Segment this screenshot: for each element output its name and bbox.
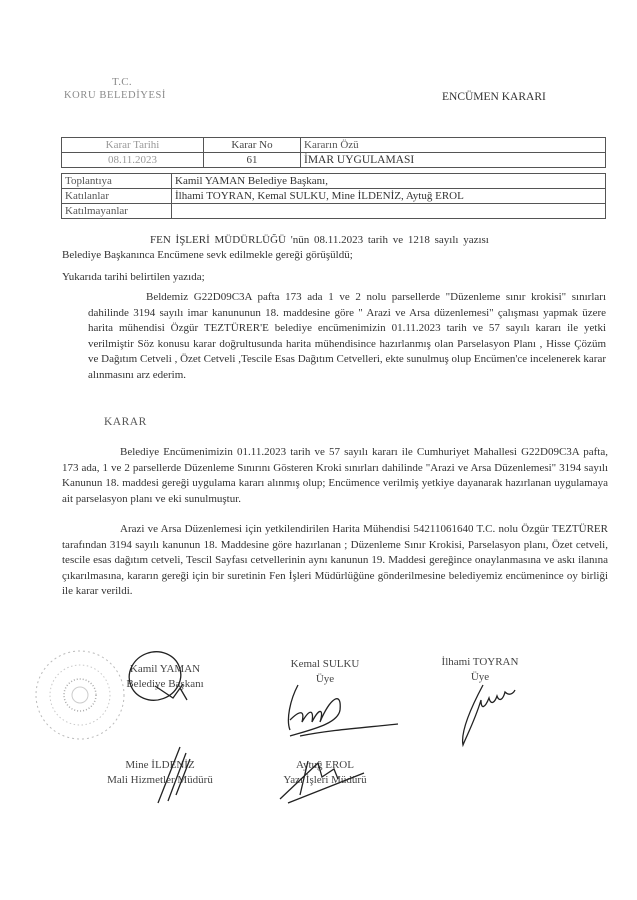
attendance-row: Katılanlar İlhami TOYRAN, Kemal SULKU, M… <box>62 189 606 204</box>
attendance-row: Katılmayanlar <box>62 204 606 219</box>
attendance-label: Katılmayanlar <box>62 204 172 219</box>
intro-line-1: FEN İŞLERİ MÜDÜRLÜĞÜ 'nün 08.11.2023 tar… <box>150 233 607 249</box>
decision-paragraph-2: Arazi ve Arsa Düzenlemesi için yetkilend… <box>62 522 608 600</box>
attendance-value <box>172 204 606 219</box>
attendance-value: Kamil YAMAN Belediye Başkanı, <box>172 174 606 189</box>
decision-no-value: 61 <box>204 153 301 168</box>
decision-paragraph-1: Belediye Encümenimizin 01.11.2023 tarih … <box>62 445 608 507</box>
attendance-value: İlhami TOYRAN, Kemal SULKU, Mine İLDENİZ… <box>172 189 606 204</box>
member-1-signature-icon <box>280 680 400 740</box>
decision-no-header: Karar No <box>204 138 301 153</box>
attendance-row: Toplantıya Kamil YAMAN Belediye Başkanı, <box>62 174 606 189</box>
decision-heading: KARAR <box>104 416 147 428</box>
attendance-table: Toplantıya Kamil YAMAN Belediye Başkanı,… <box>61 173 606 219</box>
decision-table-header-row: Karar Tarihi Karar No Kararın Özü <box>62 138 606 153</box>
clerk-director-signature-icon <box>278 755 368 805</box>
mayor-signature-icon <box>125 648 195 718</box>
decision-summary-value: İMAR UYGULAMASI <box>301 153 606 168</box>
intro-line-3: Yukarıda tarihi belirtilen yazıda; <box>62 270 602 286</box>
signatory-name: İlhami TOYRAN <box>425 655 535 670</box>
decision-date-header: Karar Tarihi <box>62 138 204 153</box>
signatory-name: Kemal SULKU <box>270 657 380 672</box>
header-country: T.C. <box>112 76 132 88</box>
attendance-label: Katılanlar <box>62 189 172 204</box>
intro-line-2: Belediye Başkanınca Encümene sevk edilme… <box>62 248 602 264</box>
decision-table-value-row: 08.11.2023 61 İMAR UYGULAMASI <box>62 153 606 168</box>
finance-director-signature-icon <box>150 745 200 805</box>
document-type-title: ENCÜMEN KARARI <box>442 91 546 103</box>
header-organization: KORU BELEDİYESİ <box>64 90 166 101</box>
request-paragraph: Beldemiz G22D09C3A pafta 173 ada 1 ve 2 … <box>88 290 606 383</box>
attendance-label: Toplantıya <box>62 174 172 189</box>
decision-summary-header: Kararın Özü <box>301 138 606 153</box>
decision-table: Karar Tarihi Karar No Kararın Özü 08.11.… <box>61 137 606 168</box>
municipal-seal-icon <box>30 645 140 745</box>
member-2-signature-icon <box>455 680 525 750</box>
decision-date-value: 08.11.2023 <box>62 153 204 168</box>
